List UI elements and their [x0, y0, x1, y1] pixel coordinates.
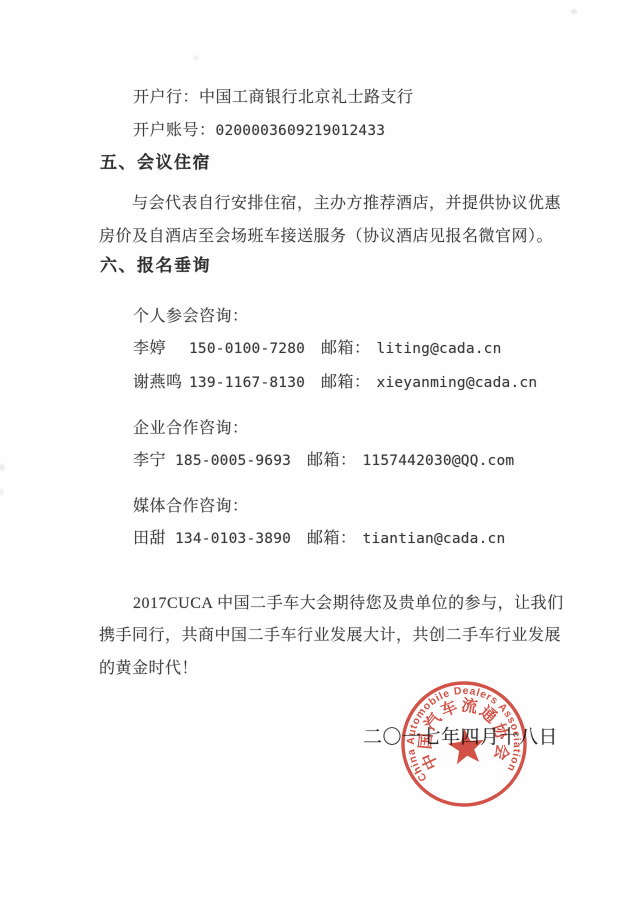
contact-name: 李宁 — [133, 447, 175, 470]
bank-name-value: 中国工商银行北京礼士路支行 — [199, 89, 414, 106]
scan-speck — [0, 489, 3, 495]
inquiry-group-heading-personal: 个人参会咨询： — [133, 303, 249, 326]
official-seal: China Automobile Dealers Association 中国汽… — [379, 659, 549, 829]
lodging-paragraph-line1: 与会代表自行安排住宿，主办方推荐酒店，并提供协议优惠 — [132, 190, 561, 213]
star-icon — [446, 727, 486, 765]
bank-account-line: 开户账号：0200003609219012433 — [133, 117, 385, 140]
contact-row: 田甜 134-0103-3890 邮箱： tiantian@cada.cn — [133, 525, 505, 548]
contact-name: 李婷 — [133, 335, 189, 358]
contact-phone: 139-1167-8130 — [189, 375, 321, 391]
contact-name: 田甜 — [133, 525, 175, 548]
closing-paragraph-line3: 的黄金时代！ — [99, 655, 198, 678]
contact-email: xieyanming@cada.cn — [377, 375, 538, 391]
bank-name-label: 开户行： — [133, 89, 199, 106]
bank-account-number: 0200003609219012433 — [216, 123, 386, 139]
contact-phone: 134-0103-3890 — [175, 531, 307, 547]
scan-speck — [0, 464, 4, 471]
section-title-lodging: 五、会议住宿 — [100, 148, 211, 173]
bank-account-label: 开户账号： — [133, 122, 216, 139]
contact-row: 谢燕鸣 139-1167-8130 邮箱： xieyanming@cada.cn — [133, 369, 537, 392]
contact-row: 李宁 185-0005-9693 邮箱： 1157442030@QQ.com — [133, 447, 514, 470]
contact-email: 1157442030@QQ.com — [363, 453, 515, 469]
contact-email: tiantian@cada.cn — [363, 531, 506, 547]
closing-paragraph-line1: 2017CUCA 中国二手车大会期待您及贵单位的参与，让我们 — [133, 590, 564, 613]
document-page: 开户行：中国工商银行北京礼士路支行 开户账号：02000036092190124… — [0, 0, 635, 900]
contact-email: liting@cada.cn — [377, 341, 502, 357]
closing-paragraph-line2: 携手同行，共商中国二手车行业发展大计，共创二手车行业发展 — [99, 622, 561, 645]
contact-row: 李婷 150-0100-7280 邮箱： liting@cada.cn — [133, 335, 502, 358]
scan-speck — [571, 9, 577, 14]
lodging-paragraph-line2: 房价及自酒店至会场班车接送服务（协议酒店见报名微官网）。 — [99, 223, 553, 246]
contact-name: 谢燕鸣 — [133, 369, 189, 392]
contact-email-label: 邮箱： — [307, 525, 357, 548]
inquiry-group-heading-media: 媒体合作咨询： — [133, 493, 249, 516]
section-title-inquiry: 六、报名垂询 — [100, 251, 211, 276]
contact-email-label: 邮箱： — [321, 369, 371, 392]
bank-name-line: 开户行：中国工商银行北京礼士路支行 — [133, 84, 414, 107]
contact-phone: 185-0005-9693 — [175, 453, 307, 469]
contact-phone: 150-0100-7280 — [189, 341, 321, 357]
scan-speck — [194, 56, 198, 60]
inquiry-group-heading-business: 企业合作咨询： — [133, 415, 249, 438]
contact-email-label: 邮箱： — [307, 447, 357, 470]
contact-email-label: 邮箱： — [321, 335, 371, 358]
